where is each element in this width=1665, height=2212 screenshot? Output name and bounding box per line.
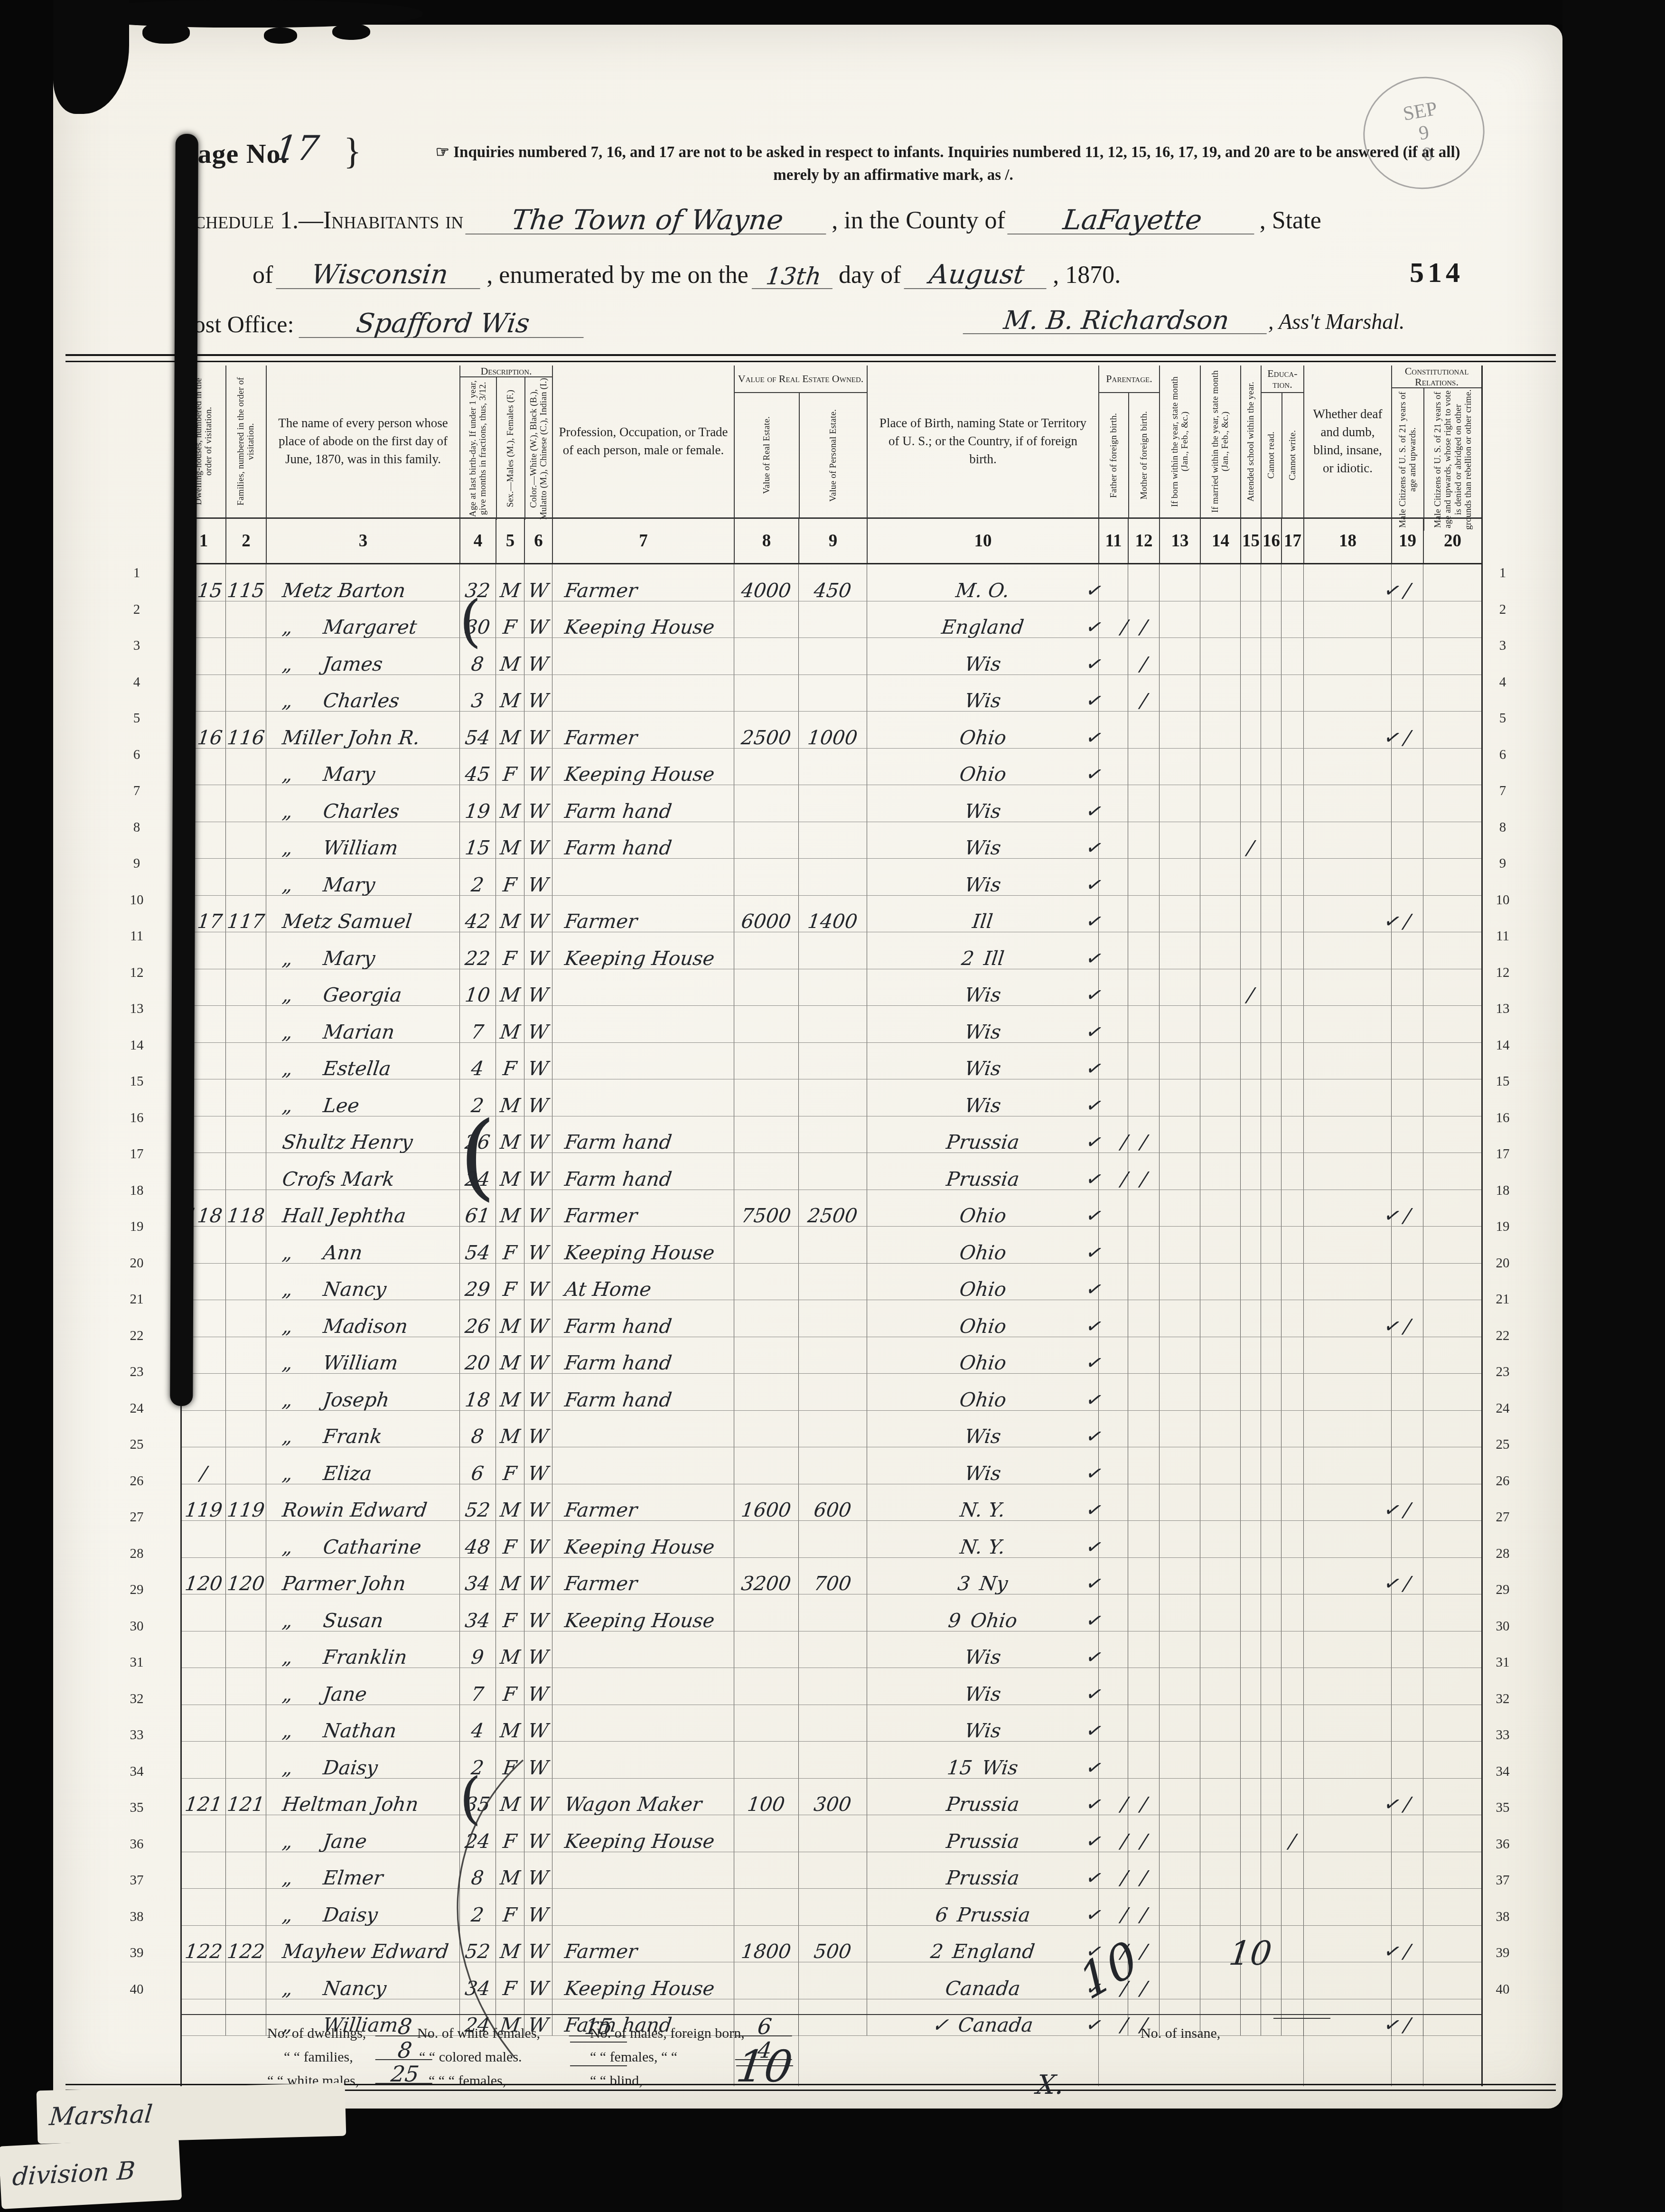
right-row-number: 36 [1490, 1837, 1515, 1852]
handwritten-value: Crofs Mark [281, 1170, 395, 1189]
cell-col-16 [1261, 1411, 1281, 1447]
cell-col-1: 121 [182, 1779, 225, 1815]
cell-col-19 [1391, 601, 1423, 638]
cell-col-10: Prussia [867, 1852, 1098, 1889]
cell-col-7 [552, 1006, 734, 1042]
col-head-text: Mother of foreign birth. [1139, 411, 1149, 499]
cell-col-8 [734, 1264, 798, 1300]
cell-col-7: Farmer [552, 1558, 734, 1594]
cell-col-5: M [496, 1631, 524, 1668]
cell-col-20 [1423, 564, 1481, 601]
group-columns: Father of foreign birth.Mother of foreig… [1099, 393, 1159, 517]
cell-col-15 [1240, 1043, 1261, 1079]
handwritten-value: N. Y. [959, 1500, 1006, 1520]
cell-col-16 [1261, 1337, 1281, 1374]
cell-col-9 [798, 1227, 867, 1263]
handwritten-value: 19 [464, 802, 491, 821]
handwritten-value: W [527, 1059, 549, 1078]
top-double-rule [65, 354, 1556, 362]
cell-col-2: 120 [225, 1558, 266, 1594]
cell-col-15 [1240, 1447, 1261, 1484]
cell-col-9 [798, 1153, 867, 1190]
ditto-mark: „ [281, 802, 324, 821]
handwritten-value: Farmer [563, 912, 638, 931]
cell-col-20 [1423, 1264, 1481, 1300]
cell-col-20 [1423, 1484, 1481, 1521]
group-label-description: Description. [460, 366, 552, 377]
cell-col-5: F [496, 1594, 524, 1631]
handwritten-value: Wis [963, 1096, 1002, 1115]
handwritten-value: W [527, 728, 549, 748]
right-row-number: 21 [1490, 1292, 1515, 1307]
handwritten-value: Farm hand [563, 802, 673, 821]
cell-col-6: W [524, 749, 552, 785]
col-number-10: 10 [867, 519, 1098, 563]
cell-col-5: M [496, 1558, 524, 1594]
handwritten-value: Ill [972, 912, 994, 931]
col-group-constitutional: Constitutional Relations.Male Citizens o… [1391, 366, 1481, 517]
cell-col-18 [1303, 785, 1391, 822]
cell-col-6: W [524, 932, 552, 969]
handwritten-value: W [527, 1170, 549, 1189]
cell-col-14 [1200, 1227, 1240, 1263]
cell-col-3: Shultz Henry [266, 1116, 459, 1153]
cell-col-10: Ill [867, 896, 1098, 932]
cell-col-11: ✓/ [1098, 1153, 1128, 1190]
cell-col-17 [1281, 1337, 1303, 1374]
table-row: „Charles3MWWis✓/ [182, 675, 1481, 712]
cell-col-9 [798, 1006, 867, 1042]
handwritten-value: Rowin Edward [281, 1500, 428, 1520]
cell-col-17 [1281, 969, 1303, 1006]
cell-col-3: „Charles [266, 785, 459, 822]
table-row: 120120Parmer John34MWFarmer32007003 Ny✓✓… [182, 1558, 1481, 1595]
mother-foreign-mark: / [1139, 691, 1148, 711]
handwritten-value: W [527, 618, 549, 637]
mother-foreign-mark: / [1139, 1795, 1148, 1814]
handwritten-value: 4 [470, 1059, 485, 1078]
handwritten-value: F [502, 875, 518, 895]
cell-col-18 [1303, 638, 1391, 675]
cell-col-10: Ohio [867, 1374, 1098, 1410]
cell-col-15 [1240, 1594, 1261, 1631]
cell-col-16 [1261, 1374, 1281, 1410]
cell-col-16 [1261, 1521, 1281, 1557]
cell-col-13 [1159, 1043, 1200, 1079]
instructions-line1: ☞ Inquiries numbered 7, 16, and 17 are n… [404, 142, 1491, 163]
cell-col-10: Wis [867, 1631, 1098, 1668]
cell-col-2 [225, 1631, 266, 1668]
table-row: „Catharine48FWKeeping HouseN. Y.✓ [182, 1521, 1481, 1558]
cell-col-2 [225, 1337, 266, 1374]
cell-col-11: ✓/ [1098, 1852, 1128, 1889]
cell-col-18 [1303, 1227, 1391, 1263]
handwritten-value: Marian [322, 1022, 395, 1042]
cell-col-7 [552, 1889, 734, 1925]
cell-col-18: ✓ [1303, 1190, 1391, 1227]
cell-col-9: 500 [798, 1926, 867, 1962]
cell-col-15 [1240, 675, 1261, 712]
handwritten-value: 122 [226, 1942, 265, 1961]
cell-col-8 [734, 638, 798, 675]
cell-col-15 [1240, 1742, 1261, 1778]
cell-col-3: „Georgia [266, 969, 459, 1006]
cell-col-20 [1423, 1374, 1481, 1410]
footer-label: No. of insane, [1141, 2025, 1220, 2042]
handwritten-value: Lee [322, 1096, 360, 1115]
cell-col-15: / [1240, 822, 1261, 859]
cell-col-5: M [496, 822, 524, 859]
cell-col-2 [225, 1852, 266, 1889]
cell-col-18: ✓ [1303, 1484, 1391, 1521]
cell-col-16 [1261, 1447, 1281, 1484]
ditto-mark: „ [281, 1648, 324, 1667]
scan-blot [332, 24, 370, 40]
table-row: „Estella4FWWis✓ [182, 1043, 1481, 1080]
handwritten-value: 300 [813, 1795, 852, 1814]
cell-col-7: Keeping House [552, 1594, 734, 1631]
cell-col-8 [734, 601, 798, 638]
cell-col-7: Keeping House [552, 749, 734, 785]
cell-col-12 [1128, 1374, 1159, 1410]
cell-col-7 [552, 1447, 734, 1484]
cell-col-4: 26 [459, 1300, 496, 1337]
cell-col-7: Keeping House [552, 1815, 734, 1852]
cell-col-6: W [524, 859, 552, 895]
cell-col-17 [1281, 1742, 1303, 1778]
cell-col-5: M [496, 1374, 524, 1410]
cell-col-13 [1159, 1190, 1200, 1227]
cell-col-2 [225, 1668, 266, 1705]
cell-col-11: ✓ [1098, 1006, 1128, 1042]
cell-col-1 [182, 1668, 225, 1705]
cell-col-14 [1200, 1668, 1240, 1705]
cell-col-13 [1159, 1926, 1200, 1962]
cell-col-12: / [1128, 638, 1159, 675]
handwritten-value: 6 [470, 1464, 485, 1483]
cell-col-1: 119 [182, 1484, 225, 1521]
left-row-number: 34 [124, 1764, 149, 1780]
group-columns: Age at last birth-day. If under 1 year, … [460, 377, 552, 520]
right-row-number: 23 [1490, 1364, 1515, 1380]
right-row-number: 16 [1490, 1110, 1515, 1126]
left-row-number: 18 [124, 1183, 149, 1199]
cell-col-15 [1240, 1374, 1261, 1410]
cell-col-18 [1303, 1043, 1391, 1079]
post-office-value: Spafford Wis [299, 310, 587, 338]
cell-col-11: ✓/ [1098, 601, 1128, 638]
cell-col-13 [1159, 896, 1200, 932]
table-row: „Elmer8MWPrussia✓// [182, 1852, 1481, 1889]
cell-col-6: W [524, 1043, 552, 1079]
footer-label: “ “ females, “ “ [590, 2049, 677, 2065]
cell-col-8: 100 [734, 1779, 798, 1815]
census-table: Dwelling-houses, numbered in the order o… [180, 366, 1483, 2036]
cell-col-2: 119 [225, 1484, 266, 1521]
cell-col-20 [1423, 1043, 1481, 1079]
of-label: of [253, 261, 273, 289]
cell-col-9: 450 [798, 564, 867, 601]
cell-col-18 [1303, 1264, 1391, 1300]
right-row-number: 30 [1490, 1619, 1515, 1634]
cell-col-10: Ohio [867, 712, 1098, 748]
cell-col-2 [225, 1006, 266, 1042]
cell-col-4: 7 [459, 1006, 496, 1042]
cell-col-5: M [496, 712, 524, 748]
handwritten-value: Mary [322, 765, 376, 784]
col-number-15: 15 [1240, 519, 1261, 563]
cell-col-8 [734, 1227, 798, 1263]
handwritten-value: Nancy [322, 1280, 387, 1299]
cell-col-19 [1391, 1668, 1423, 1705]
cell-col-12 [1128, 1006, 1159, 1042]
cell-col-2 [225, 785, 266, 822]
cell-col-7 [552, 1742, 734, 1778]
ditto-mark: „ [281, 1022, 324, 1042]
marshal-line: M. B. Richardson , Ass't Marshal. [964, 308, 1405, 334]
col-head-13: If born within the year, state month (Ja… [1159, 366, 1200, 517]
cell-col-17 [1281, 932, 1303, 969]
cell-col-17 [1281, 712, 1303, 748]
cell-col-13 [1159, 1300, 1200, 1337]
cell-col-20 [1423, 1116, 1481, 1153]
handwritten-value: 20 [464, 1353, 491, 1373]
ditto-mark: „ [281, 1317, 324, 1336]
cell-col-3: „Jane [266, 1668, 459, 1705]
right-row-number: 3 [1490, 638, 1515, 654]
cell-col-6: W [524, 1705, 552, 1742]
cell-col-8 [734, 1705, 798, 1742]
cell-col-5: M [496, 1006, 524, 1042]
cell-col-13 [1159, 1594, 1200, 1631]
handwritten-value: William [322, 838, 399, 858]
right-row-number: 32 [1490, 1691, 1515, 1707]
handwritten-value: Hall Jephtha [281, 1206, 407, 1226]
cell-col-18 [1303, 1962, 1391, 1999]
handwritten-value: Farmer [563, 1206, 638, 1226]
cell-col-20 [1423, 675, 1481, 712]
left-row-number: 29 [124, 1582, 149, 1598]
cell-col-8 [734, 932, 798, 969]
cell-col-19 [1391, 1889, 1423, 1925]
handwritten-value: Nancy [322, 1979, 387, 1998]
cell-col-13 [1159, 1521, 1200, 1557]
handwritten-value: 2500 [740, 728, 792, 748]
cell-col-6: W [524, 896, 552, 932]
col-number-11: 11 [1098, 519, 1128, 563]
ditto-mark: „ [281, 1537, 324, 1557]
handwritten-value: Metz Samuel [281, 912, 413, 931]
cell-col-6: W [524, 712, 552, 748]
cell-col-7 [552, 1852, 734, 1889]
handwritten-value: F [502, 1464, 518, 1483]
cell-col-3: Crofs Mark [266, 1153, 459, 1190]
page-no-value: 17 [273, 128, 321, 168]
handwritten-value: Mary [322, 949, 376, 968]
cell-col-3: Rowin Edward [266, 1484, 459, 1521]
cell-col-16 [1261, 638, 1281, 675]
right-row-number: 22 [1490, 1328, 1515, 1344]
cell-col-20 [1423, 1926, 1481, 1962]
cell-col-5: M [496, 969, 524, 1006]
cell-col-1 [182, 1852, 225, 1889]
cell-col-8 [734, 1337, 798, 1374]
cell-col-14 [1200, 1594, 1240, 1631]
col-head-text: Cannot read. [1266, 431, 1276, 478]
handwritten-value: W [527, 1500, 549, 1520]
handwritten-value: Ohio [969, 1611, 1018, 1631]
cell-col-20 [1423, 1779, 1481, 1815]
handwritten-value: 100 [747, 1795, 786, 1814]
handwritten-value: 1600 [740, 1500, 792, 1520]
cell-col-6: W [524, 1558, 552, 1594]
right-row-number: 8 [1490, 820, 1515, 835]
cell-col-20 [1423, 932, 1481, 969]
cell-col-7 [552, 1631, 734, 1668]
cell-col-1 [182, 1815, 225, 1852]
cell-col-20 [1423, 1190, 1481, 1227]
handwritten-value: Ohio [958, 1317, 1007, 1336]
cell-col-4: 45 [459, 749, 496, 785]
handwritten-value: Ohio [958, 1280, 1007, 1299]
handwritten-value: Prussia [945, 1795, 1020, 1814]
cell-col-4: 29 [459, 1264, 496, 1300]
handwritten-value: 4 [470, 1721, 485, 1741]
handwritten-value: 1000 [807, 728, 859, 748]
cell-col-14 [1200, 564, 1240, 601]
handwritten-value: England [941, 618, 1025, 637]
handwritten-value: 117 [226, 912, 265, 931]
cell-col-2 [225, 1079, 266, 1116]
cell-col-4: 61 [459, 1190, 496, 1227]
cell-col-20 [1423, 1742, 1481, 1778]
cell-col-14 [1200, 1631, 1240, 1668]
handwritten-value: Wis [963, 1685, 1002, 1704]
cell-col-12 [1128, 1668, 1159, 1705]
cell-col-13 [1159, 638, 1200, 675]
cell-col-2 [225, 1962, 266, 1999]
handwritten-value: 45 [464, 765, 491, 784]
cell-col-6: W [524, 1594, 552, 1631]
handwritten-value: W [527, 1133, 549, 1152]
ditto-mark: „ [281, 1832, 324, 1851]
handwritten-value: F [502, 1059, 518, 1078]
cell-col-14 [1200, 896, 1240, 932]
marshal-title: , Ass't Marshal. [1268, 309, 1405, 334]
schedule-suffix: , State [1260, 206, 1321, 234]
cell-col-9: 600 [798, 1484, 867, 1521]
cell-col-8 [734, 1116, 798, 1153]
cell-col-11: ✓ [1098, 712, 1128, 748]
cell-col-17 [1281, 1006, 1303, 1042]
handwritten-value: Farm hand [563, 1317, 673, 1336]
cell-col-16 [1261, 712, 1281, 748]
cell-col-8 [734, 1668, 798, 1705]
left-row-number: 13 [124, 1001, 149, 1017]
cell-col-17 [1281, 1079, 1303, 1116]
cell-col-5: M [496, 1079, 524, 1116]
cell-col-10: Wis [867, 675, 1098, 712]
cell-col-15 [1240, 749, 1261, 785]
cell-col-10: Prussia [867, 1779, 1098, 1815]
schedule-line1: Schedule 1.—Inhabitants in The Town of W… [180, 206, 1557, 234]
cell-col-9 [798, 1337, 867, 1374]
cell-col-3: „Marian [266, 1006, 459, 1042]
col-number-7: 7 [552, 519, 734, 563]
cannot-write-mark: / [1288, 1832, 1297, 1851]
cell-col-7: Farm hand [552, 1300, 734, 1337]
cell-col-12 [1128, 1705, 1159, 1742]
cell-col-16 [1261, 1079, 1281, 1116]
cell-col-8: 6000 [734, 896, 798, 932]
cell-col-15 [1240, 859, 1261, 895]
cell-col-5: M [496, 896, 524, 932]
cell-col-20 [1423, 601, 1481, 638]
footer-line: No. of dwellings,8No. of white females,1… [182, 2021, 1481, 2043]
handwritten-value: Wis [963, 1427, 1002, 1446]
left-row-number: 40 [124, 1982, 149, 1997]
cell-col-20 [1423, 896, 1481, 932]
handwritten-value: M [499, 1721, 521, 1741]
cell-col-18: ✓ [1303, 1300, 1391, 1337]
cell-col-6: W [524, 1227, 552, 1263]
ditto-mark: „ [281, 985, 324, 1005]
scan-blot [142, 22, 190, 44]
cell-col-5: F [496, 859, 524, 895]
cell-col-13 [1159, 1411, 1200, 1447]
cell-col-11: ✓ [1098, 785, 1128, 822]
cell-col-14 [1200, 1742, 1240, 1778]
left-row-number: 10 [124, 892, 149, 908]
cell-col-17 [1281, 1926, 1303, 1962]
handwritten-value: England [952, 1942, 1036, 1961]
cell-col-20 [1423, 1558, 1481, 1594]
ditto-mark: „ [281, 1390, 324, 1410]
cell-col-19 [1391, 1374, 1423, 1410]
handwritten-value: Ohio [958, 1243, 1007, 1263]
cell-col-20 [1423, 1962, 1481, 1999]
post-office-line: Post Office: Spafford Wis [180, 310, 585, 338]
cell-col-2: 116 [225, 712, 266, 748]
cell-col-5: F [496, 601, 524, 638]
cell-col-2: 118 [225, 1190, 266, 1227]
cell-col-17 [1281, 785, 1303, 822]
cell-col-6: W [524, 1264, 552, 1300]
handwritten-value: William [322, 1353, 399, 1373]
handwritten-value: Estella [322, 1059, 392, 1078]
cell-col-5: M [496, 1411, 524, 1447]
left-row-number: 5 [124, 711, 149, 726]
left-row-number: 8 [124, 820, 149, 835]
handwritten-value: 7500 [740, 1206, 792, 1226]
handwritten-value: 9 [947, 1611, 972, 1631]
cell-col-10: Wis [867, 1705, 1098, 1742]
right-row-number: 6 [1490, 747, 1515, 763]
handwritten-value: Joseph [322, 1390, 390, 1410]
cell-col-19 [1391, 1116, 1423, 1153]
cell-col-13 [1159, 1631, 1200, 1668]
cell-col-4: 18 [459, 1374, 496, 1410]
cell-col-9 [798, 601, 867, 638]
handwritten-value: M [499, 728, 521, 748]
cell-col-8: 3200 [734, 1558, 798, 1594]
bottom-x-mark: X. [1035, 2070, 1066, 2100]
cell-col-8 [734, 1447, 798, 1484]
cell-col-9 [798, 1264, 867, 1300]
cell-col-10: Wis [867, 859, 1098, 895]
cell-col-13 [1159, 1079, 1200, 1116]
handwritten-value: Susan [322, 1611, 384, 1631]
